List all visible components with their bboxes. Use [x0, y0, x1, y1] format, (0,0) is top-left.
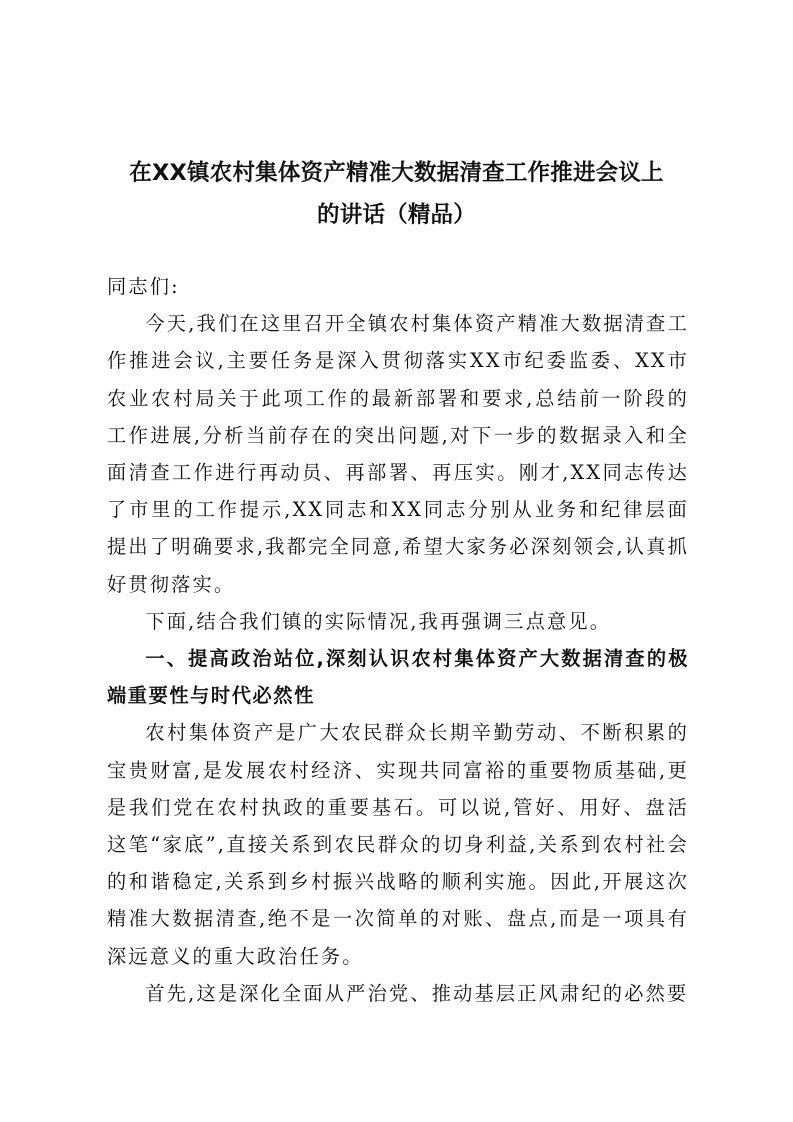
greeting: 同志们: [107, 268, 689, 305]
title-line-2: 的讲话（精品） [100, 194, 693, 236]
paragraph-section-1-first-point: 首先,这是深化全面从严治党、推动基层正风肃纪的必然要 [107, 975, 689, 1012]
document-body: 同志们: 今天,我们在这里召开全镇农村集体资产精准大数据清查工作推进会议,主要任… [107, 268, 689, 1012]
document-title: 在XX镇农村集体资产精准大数据清查工作推进会议上 的讲话（精品） [100, 152, 693, 236]
paragraph-transition: 下面,结合我们镇的实际情况,我再强调三点意见。 [107, 603, 689, 640]
document-page: 在XX镇农村集体资产精准大数据清查工作推进会议上 的讲话（精品） 同志们: 今天… [0, 0, 793, 1122]
section-heading-1: 一、提高政治站位,深刻认识农村集体资产大数据清查的极端重要性与时代必然性 [107, 640, 689, 714]
paragraph-section-1: 农村集体资产是广大农民群众长期辛勤劳动、不断积累的宝贵财富,是发展农村经济、实现… [107, 714, 689, 974]
title-line-1: 在XX镇农村集体资产精准大数据清查工作推进会议上 [100, 152, 693, 194]
paragraph-opening: 今天,我们在这里召开全镇农村集体资产精准大数据清查工作推进会议,主要任务是深入贯… [107, 305, 689, 603]
